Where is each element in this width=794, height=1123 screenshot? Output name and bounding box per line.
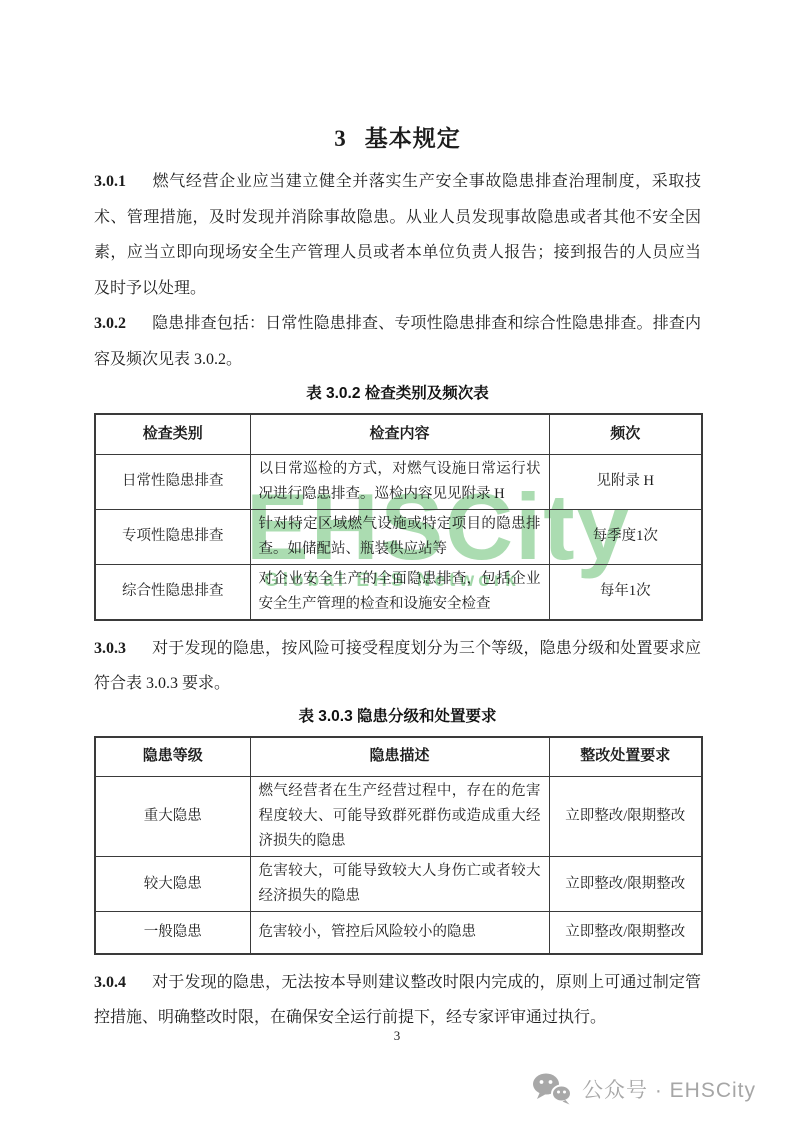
cell-frequency: 每年1次 [549, 564, 702, 620]
table-row: 较大隐患 危害较大，可能导致较大人身伤亡或者较大经济损失的隐患 立即整改/限期整… [95, 857, 702, 912]
table-302-caption: 表 3.0.2 检查类别及频次表 [94, 383, 701, 405]
clause-number: 3.0.1 [94, 173, 126, 190]
cell-frequency: 见附录 H [549, 454, 702, 509]
table-302-header-category: 检查类别 [95, 414, 250, 454]
cell-description: 危害较大，可能导致较大人身伤亡或者较大经济损失的隐患 [250, 857, 549, 912]
cell-requirement: 立即整改/限期整改 [549, 777, 702, 857]
table-row: 专项性隐患排查 针对特定区域燃气设施或特定项目的隐患排查。如储配站、瓶装供应站等… [95, 509, 702, 564]
table-header-row: 隐患等级 隐患描述 整改处置要求 [95, 737, 702, 777]
cell-requirement: 立即整改/限期整改 [549, 912, 702, 954]
clause-number: 3.0.3 [94, 640, 126, 657]
clause-text: 燃气经营企业应当建立健全并落实生产安全事故隐患排查治理制度，采取技术、管理措施，… [94, 173, 701, 297]
cell-category: 专项性隐患排查 [95, 509, 250, 564]
wechat-icon [532, 1072, 572, 1106]
cell-category: 日常性隐患排查 [95, 454, 250, 509]
table-302-header-frequency: 频次 [549, 414, 702, 454]
paragraph-3-0-4: 3.0.4对于发现的隐患，无法按本导则建议整改时限内完成的，原则上可通过制定管控… [94, 965, 701, 1036]
cell-level: 较大隐患 [95, 857, 250, 912]
section-title: 3基本规定 [94, 124, 701, 154]
document-page: EHSCity Global EHS Network 3基本规定 3.0.1燃气… [0, 0, 794, 1123]
cell-content: 对企业安全生产的全面隐患排查，包括企业安全生产管理的检查和设施安全检查 [250, 564, 549, 620]
cell-content: 针对特定区域燃气设施或特定项目的隐患排查。如储配站、瓶装供应站等 [250, 509, 549, 564]
table-row: 综合性隐患排查 对企业安全生产的全面隐患排查，包括企业安全生产管理的检查和设施安… [95, 564, 702, 620]
table-303: 隐患等级 隐患描述 整改处置要求 重大隐患 燃气经营者在生产经营过程中，存在的危… [94, 736, 703, 955]
table-row: 日常性隐患排查 以日常巡检的方式，对燃气设施日常运行状况进行隐患排查。巡检内容见… [95, 454, 702, 509]
clause-number: 3.0.4 [94, 974, 126, 991]
table-302-header-content: 检查内容 [250, 414, 549, 454]
paragraph-3-0-1: 3.0.1燃气经营企业应当建立健全并落实生产安全事故隐患排查治理制度，采取技术、… [94, 164, 701, 306]
cell-content: 以日常巡检的方式，对燃气设施日常运行状况进行隐患排查。巡检内容见见附录 H [250, 454, 549, 509]
cell-level: 重大隐患 [95, 777, 250, 857]
cell-frequency: 每季度1次 [549, 509, 702, 564]
table-303-header-level: 隐患等级 [95, 737, 250, 777]
clause-text: 对于发现的隐患，按风险可接受程度划分为三个等级，隐患分级和处置要求应符合表 3.… [94, 640, 701, 693]
table-303-caption: 表 3.0.3 隐患分级和处置要求 [94, 706, 701, 728]
table-header-row: 检查类别 检查内容 频次 [95, 414, 702, 454]
footer-brand: 公众号 · EHSCity [532, 1072, 756, 1106]
cell-description: 燃气经营者在生产经营过程中，存在的危害程度较大、可能导致群死群伤或造成重大经济损… [250, 777, 549, 857]
footer-brand-label: 公众号 · EHSCity [582, 1074, 756, 1104]
section-title-text: 基本规定 [365, 126, 461, 151]
table-303-header-description: 隐患描述 [250, 737, 549, 777]
cell-level: 一般隐患 [95, 912, 250, 954]
cell-requirement: 立即整改/限期整改 [549, 857, 702, 912]
section-number: 3 [334, 126, 347, 151]
table-row: 重大隐患 燃气经营者在生产经营过程中，存在的危害程度较大、可能导致群死群伤或造成… [95, 777, 702, 857]
page-content: 3基本规定 3.0.1燃气经营企业应当建立健全并落实生产安全事故隐患排查治理制度… [0, 124, 794, 1036]
table-302: 检查类别 检查内容 频次 日常性隐患排查 以日常巡检的方式，对燃气设施日常运行状… [94, 413, 703, 621]
clause-number: 3.0.2 [94, 315, 126, 332]
page-number: 3 [0, 1028, 794, 1044]
table-row: 一般隐患 危害较小，管控后风险较小的隐患 立即整改/限期整改 [95, 912, 702, 954]
paragraph-3-0-3: 3.0.3对于发现的隐患，按风险可接受程度划分为三个等级，隐患分级和处置要求应符… [94, 631, 701, 702]
clause-text: 对于发现的隐患，无法按本导则建议整改时限内完成的，原则上可通过制定管控措施、明确… [94, 974, 701, 1027]
cell-description: 危害较小，管控后风险较小的隐患 [250, 912, 549, 954]
paragraph-3-0-2: 3.0.2隐患排查包括：日常性隐患排查、专项性隐患排查和综合性隐患排查。排查内容… [94, 306, 701, 377]
table-303-header-requirement: 整改处置要求 [549, 737, 702, 777]
clause-text: 隐患排查包括：日常性隐患排查、专项性隐患排查和综合性隐患排查。排查内容及频次见表… [94, 315, 701, 368]
cell-category: 综合性隐患排查 [95, 564, 250, 620]
